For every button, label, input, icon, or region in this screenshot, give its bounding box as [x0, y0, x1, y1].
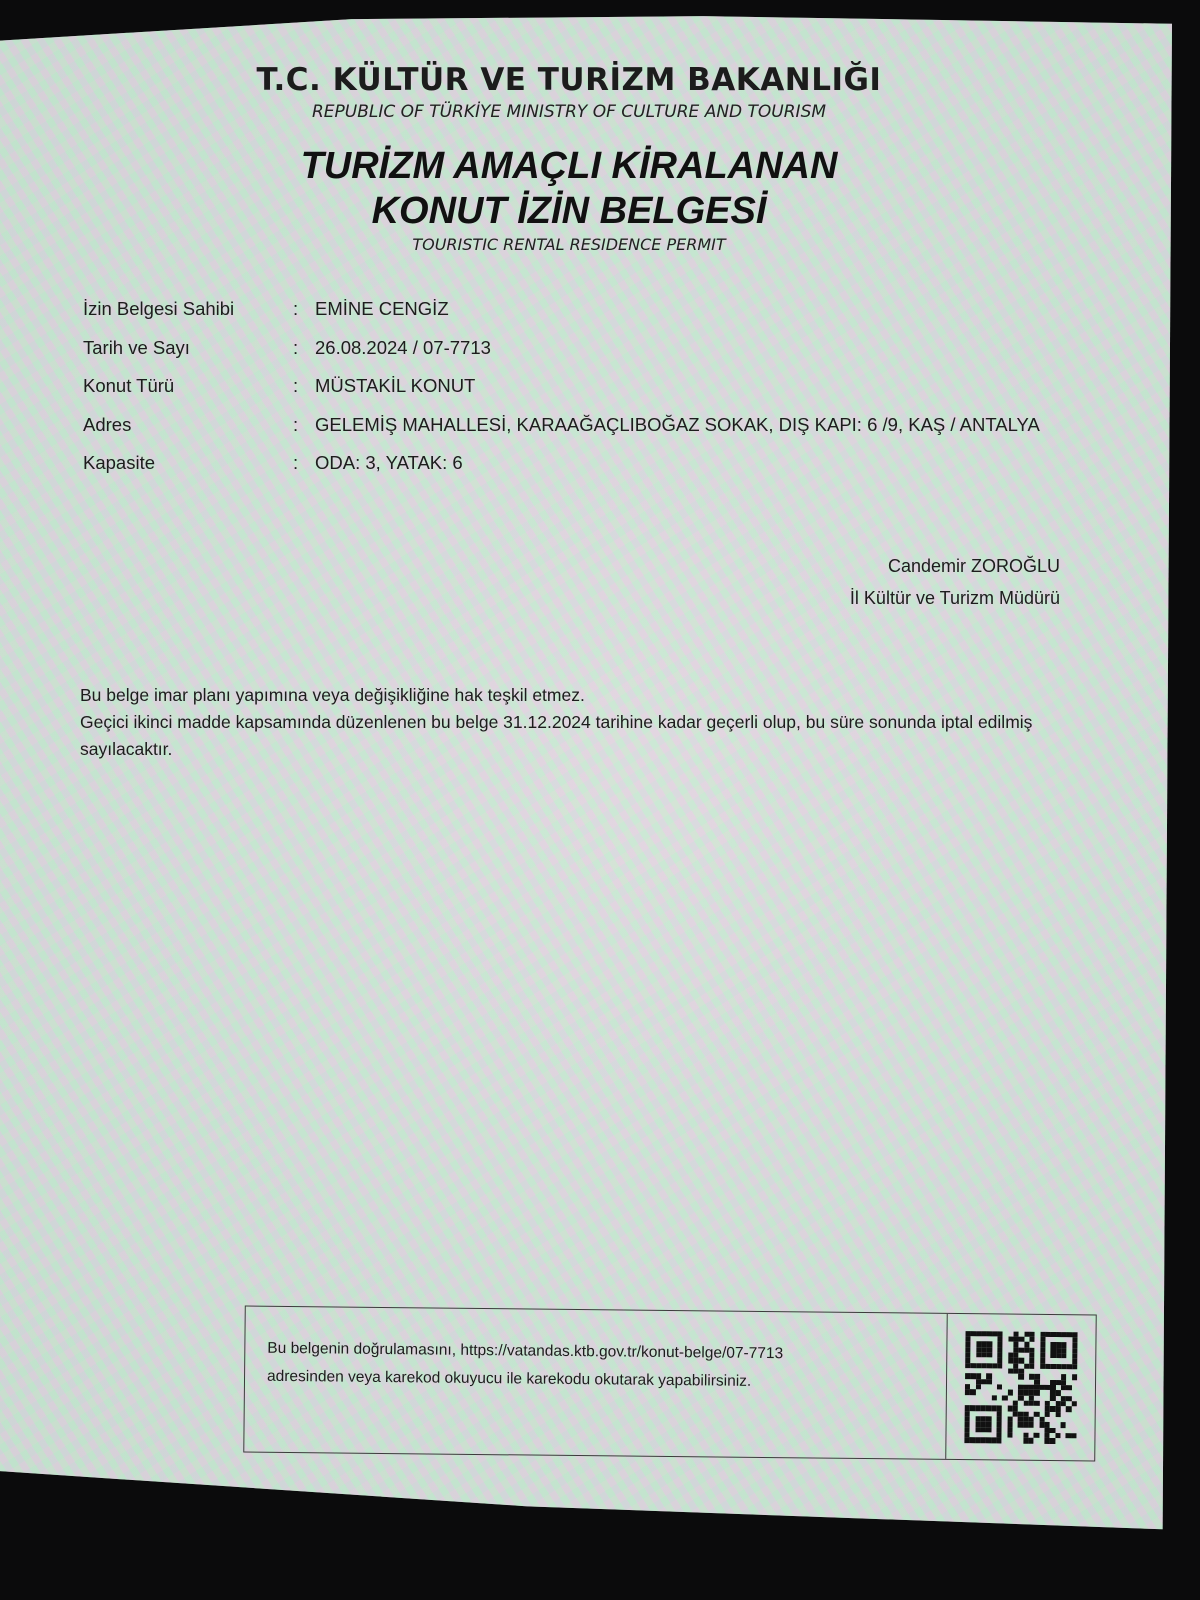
verification-box: Bu belgenin doğrulamasını, https://vatan… [243, 1306, 1096, 1462]
field-value: EMİNE CENGİZ [315, 298, 449, 320]
ministry-name: T.C. KÜLTÜR VE TURİZM BAKANLIĞI [0, 62, 1138, 98]
field-colon: : [293, 298, 315, 320]
signatory-block: Candemir ZOROĞLU İl Kültür ve Turizm Müd… [850, 550, 1060, 614]
field-residence-type: Konut Türü : MÜSTAKİL KONUT [83, 367, 1143, 406]
field-holder: İzin Belgesi Sahibi : EMİNE CENGİZ [83, 290, 1143, 329]
field-colon: : [293, 337, 315, 359]
field-date-number: Tarih ve Sayı : 26.08.2024 / 07-7713 [83, 329, 1143, 368]
note-zoning: Bu belge imar planı yapımına veya değişi… [80, 682, 1120, 709]
qr-code-icon[interactable] [964, 1331, 1077, 1444]
field-capacity: Kapasite : ODA: 3, YATAK: 6 [83, 444, 1143, 483]
field-label: Kapasite [83, 452, 293, 474]
field-colon: : [293, 452, 315, 474]
verification-instructions: adresinden veya karekod okuyucu ile kare… [267, 1363, 922, 1398]
field-address: Adres : GELEMİŞ MAHALLESİ, KARAAĞAÇLIBOĞ… [83, 406, 1143, 445]
field-value: ODA: 3, YATAK: 6 [315, 452, 463, 474]
verification-url-link[interactable]: https://vatandas.ktb.gov.tr/konut-belge/… [460, 1342, 783, 1362]
ministry-name-english: REPUBLIC OF TÜRKİYE MINISTRY OF CULTURE … [0, 102, 1138, 122]
document-title-english: TOURISTIC RENTAL RESIDENCE PERMIT [0, 235, 1138, 254]
field-value: GELEMİŞ MAHALLESİ, KARAAĞAÇLIBOĞAZ SOKAK… [315, 414, 1040, 436]
field-value: MÜSTAKİL KONUT [315, 375, 475, 397]
verification-intro: Bu belgenin doğrulamasını, [267, 1340, 460, 1359]
qr-cell [945, 1314, 1096, 1461]
field-label: Konut Türü [83, 375, 293, 397]
field-label: Adres [83, 414, 293, 436]
note-validity: Geçici ikinci madde kapsamında düzenlene… [80, 709, 1120, 763]
field-value: 26.08.2024 / 07-7713 [315, 337, 491, 359]
field-label: İzin Belgesi Sahibi [83, 298, 293, 320]
permit-fields: İzin Belgesi Sahibi : EMİNE CENGİZ Tarih… [83, 290, 1143, 483]
field-colon: : [293, 414, 315, 436]
document-title-line1: TURİZM AMAÇLI KİRALANAN [0, 145, 1138, 188]
legal-notes: Bu belge imar planı yapımına veya değişi… [80, 682, 1120, 763]
field-label: Tarih ve Sayı [83, 337, 293, 359]
signatory-name: Candemir ZOROĞLU [850, 550, 1060, 582]
document-title-line2: KONUT İZİN BELGESİ [0, 190, 1138, 233]
permit-document: T.C. KÜLTÜR VE TURİZM BAKANLIĞI REPUBLIC… [0, 10, 1172, 1540]
signatory-title: İl Kültür ve Turizm Müdürü [850, 582, 1060, 614]
verification-text: Bu belgenin doğrulamasını, https://vatan… [244, 1307, 946, 1459]
field-colon: : [293, 375, 315, 397]
